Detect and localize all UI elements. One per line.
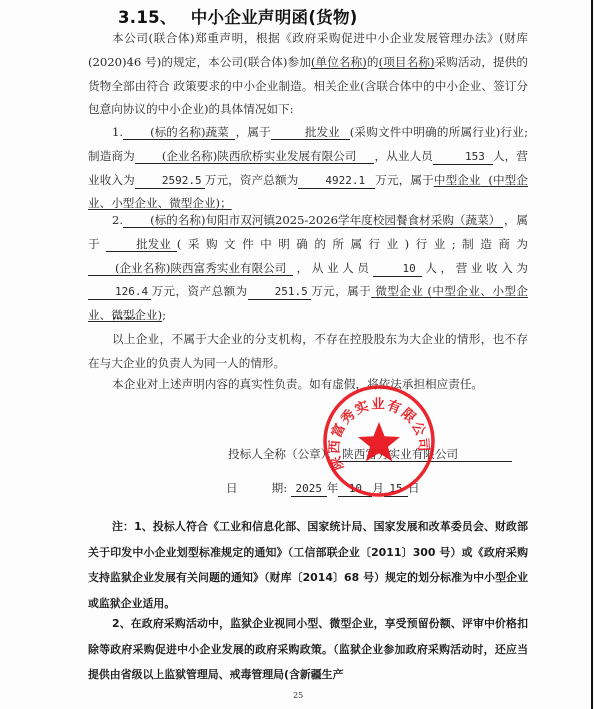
enterprise-item-1: 1.(标的名称)蔬菜 ，属于批发业(采购文件中明确的所属行业)行业;制造商为(企… (88, 121, 528, 216)
day-field: 15 (384, 482, 408, 497)
intro-text-b: 的 (367, 55, 379, 69)
month-unit: 月 (372, 481, 384, 495)
statement-no-large-enterprise: 以上企业，不属于大企业的分支机构，不存在控股股东为大企业的情形，也不存在与大企业… (88, 328, 528, 376)
industry-field: 批发业 (106, 237, 177, 252)
bidder-signature-line: 投标人全称（公章）：陕西富秀实业有限公司 (228, 446, 512, 462)
subject-field: (标的名称)蔬菜 (123, 125, 235, 140)
company-field: (企业名称)陕西富秀实业有限公司 (88, 261, 293, 276)
month-field: 10 (338, 482, 372, 497)
assets-field: 4922.1 (298, 174, 375, 189)
unit-name-field: (单位名称) (311, 55, 367, 69)
revenue-field: 2592.5 (135, 174, 205, 189)
project-name-field: (项目名称) (379, 55, 435, 69)
date-label-a: 日 (226, 481, 238, 495)
section-number: 3.15、 (118, 8, 177, 27)
item-index: 1. (112, 125, 123, 139)
footnote-1: 注：1、投标人符合《工业和信息化部、国家统计局、国家发展和改革委员会、财政部关于… (88, 514, 528, 616)
bidder-label: 投标人全称（公章）： (228, 447, 338, 461)
assets-field: 251.5 (248, 285, 311, 300)
date-label-b: 期: (272, 481, 288, 495)
title-text: 中小企业声明函(货物) (191, 8, 358, 27)
year-unit: 年 (327, 481, 339, 495)
employees-field: 10 (373, 262, 422, 277)
statement-responsibility: 本企业对上述声明内容的真实性负责。如有虚假，将依法承担相应责任。 (88, 373, 528, 397)
footnote-2: 2、在政府采购活动中，监狱企业视同小型、微型企业，享受预留份额、评审中价格扣除等… (88, 611, 528, 688)
industry-field: 批发业 (271, 125, 350, 140)
bidder-name-field: 陕西富秀实业有限公司 (338, 447, 512, 462)
year-field: 2025 (291, 482, 327, 497)
day-unit: 日 (408, 481, 420, 495)
date-line: 日期: 2025年10月15日 (226, 480, 420, 497)
section-title: 3.15、中小企业声明函(货物) (118, 4, 358, 28)
page-edge-rule (591, 0, 593, 709)
subject-field: (标的名称)旬阳市双河镇2025-2026学年度校园餐食材采购（蔬菜） (123, 213, 503, 228)
item-index: 2. (112, 213, 123, 227)
intro-paragraph: 本公司(联合体)郑重声明，根据《政府采购促进中小企业发展管理办法》(财库(202… (88, 27, 528, 122)
page-number: 25 (293, 691, 303, 700)
revenue-field: 126.4 (88, 285, 151, 300)
company-field: (企业名称)陕西欣桥实业发展有限公司 (135, 149, 375, 164)
ellipsis: …… (88, 304, 528, 328)
employees-field: 153 (433, 150, 493, 165)
